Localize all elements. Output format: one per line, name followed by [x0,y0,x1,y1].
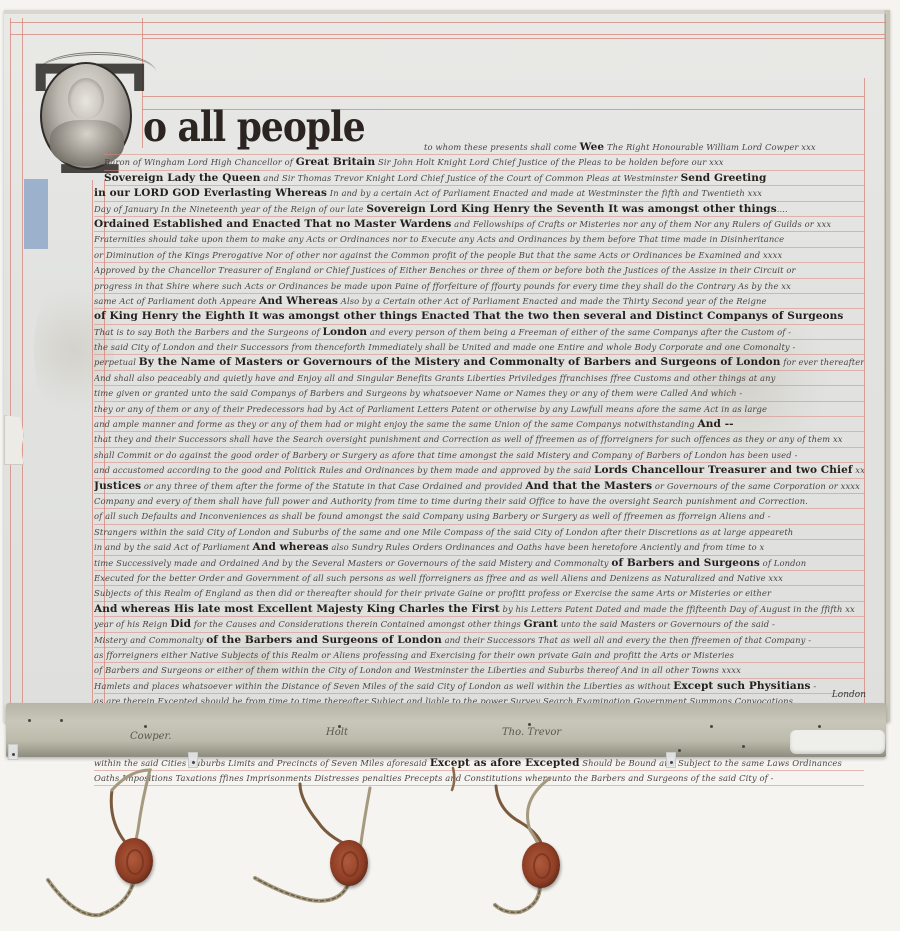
wax-seal-3 [522,842,560,888]
wax-seal-2 [330,840,368,886]
wax-seal-1 [115,838,153,884]
seal-cords [0,0,900,931]
